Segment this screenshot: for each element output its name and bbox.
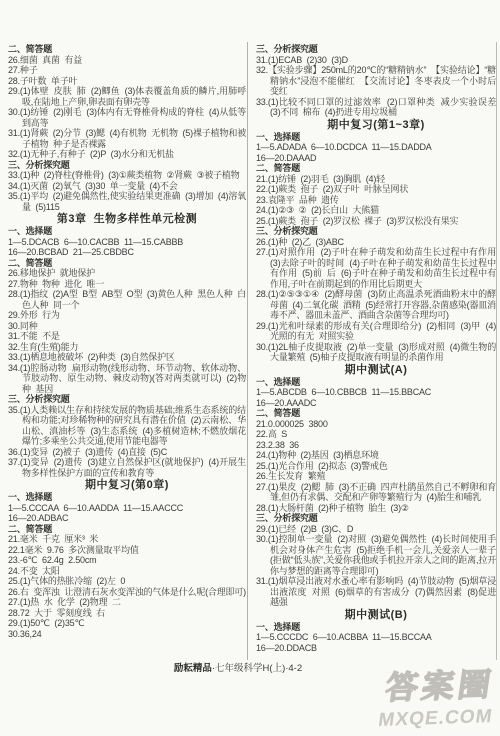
left-column: 二、简答题26.细菌 真菌 有益27.种子28.子叶数 单子叶29.(1)体壁 … [8,44,246,639]
answer-line: 29.(1)体壁 皮肤 肺 (2)鲫鱼 (3)体表覆盖角质的鳞片,用肺呼吸,在陆… [8,86,246,107]
answer-line: 16—20.DDACB [256,643,496,654]
answer-line: 30.同种 [8,321,246,332]
subsection-heading: 三、分析探究题 [256,226,496,237]
answer-line: 26.(1)种 (2)乙 (3)ABC [256,237,496,248]
answer-line: 32.生育(生殖)能力 [8,342,246,353]
answer-line: 35.(1)人类赖以生存和持续发展的物质基础;维系生态系统的结构和功能;对珍稀物… [8,405,246,447]
answer-line: 29.外形 行为 [8,310,246,321]
subsection-heading: 二、简答题 [8,524,246,535]
section-heading: 期中复习(第1~3章) [256,118,496,132]
answer-line: 28.(1)指纹 (2)A型 B型 AB型 O型 (3)黄色人种 黑色人种 白色… [8,289,246,310]
answer-line: 26.生长发育 繁殖 [256,471,496,482]
section-heading: 期中测试(A) [256,363,496,377]
answer-line: 1—5.CCCDC 6—10.ACBBA 11—15.BCCAA [256,632,496,643]
answer-line: 26.移地保护 就地保护 [8,268,246,279]
answer-line: 31.(1)ECAB (2)30 (3)D [256,55,496,66]
answer-line: 29.(1)50℃ (2)35℃ [8,618,246,629]
answer-line: 37.(1)变异 (2)遗传 (3)建立自然保护区(就地保护) (4)开展生物多… [8,457,246,478]
section-heading: 第3章 生物多样性单元检测 [8,212,246,226]
answer-line: 24.(1)②③ ② (2)长白山 大熊猫 [256,205,496,216]
answer-line: 30.(1)控制单一变量 (2)对照 (3)避免偶然性 (4)长时间使用手机会对… [256,534,496,576]
section-heading: 期中测试(B) [256,608,496,622]
subsection-heading: 三、分析探究题 [8,160,246,171]
answer-line: 16—20.BCBAD 21—25.CBDBC [8,247,246,258]
answer-line: 22.1毫米 9.76 多次测量取平均值 [8,545,246,556]
answer-line: 36.(1)变异 (2)被子 (3)遗传 (4)直接 (5)C [8,447,246,458]
subsection-heading: 二、简答题 [8,258,246,269]
page-edge-line [496,42,497,660]
answer-line: 22.高 S [256,429,496,440]
answer-line: 21.毫米 千克 厘米³ 米 [8,534,246,545]
answer-line: 30.(1)纺锤 (2)刚毛 (3)体内有无脊椎骨构成的脊柱 (4)从低等到高等 [8,107,246,128]
answer-line: 33.(1)比较不同口罩的过滤效率 (2)口罩种类 减少实验误差 (3)不同 棉… [256,97,496,118]
answer-line: 1—5.ABCDB 6—10.CBBCB 11—15.BBCAC [256,387,496,398]
answer-line: 23.袁隆平 品种 遗传 [256,195,496,206]
answer-line: 16—20.ADBAC [8,513,246,524]
answer-line: 29.(1)已经 (2)B (3)C、D [256,524,496,535]
answer-line: 27.种子 [8,65,246,76]
subsection-heading: 一、选择题 [256,377,496,388]
subsection-heading: 三、分析探究题 [256,44,496,55]
answer-line: 33.(1)栖息地被破坏 (2)种类 (3)自然保护区 [8,352,246,363]
subsection-heading: 一、选择题 [256,622,496,633]
answer-line: 23.2.38 36 [256,440,496,451]
answer-line: 31.不能 不是 [8,331,246,342]
subsection-heading: 三、分析探究题 [8,394,246,405]
answer-line: 31.(1)烟草浸出液对水蚤心率有影响吗 (4)节肢动物 (5)烟草浸出液浓度 … [256,576,496,608]
book-brand-label: 励耘精品 [174,663,212,674]
section-heading: 期中复习(第0章) [8,478,246,492]
answer-line: 27.(1)果皮 (2)鳃 肺 (3)不正确 四声杜鹃虽然自己不孵卵和育雏,但仍… [256,482,496,503]
answer-line: 27.物种 物种 进化 唯一 [8,279,246,290]
answer-line: 24.(1)物种 (2)基因 (3)栖息环境 [256,450,496,461]
answer-line: 16—20.AAADC [256,398,496,409]
answer-line: 27.(1)热 水 化学 (2)物理 二 [8,597,246,608]
answer-line: 25.(1)气体的热胀冷缩 (2)左 0 [8,576,246,587]
subsection-heading: 一、选择题 [256,132,496,143]
answer-line: 26.右 变浑浊 让澄清石灰水变浑浊的气体是什么呢(合理即可) [8,587,246,598]
answer-line: 22.(1)蕨类 孢子 (2)双子叶 叶脉呈网状 [256,184,496,195]
answer-line: 24.不变 太阳 [8,566,246,577]
answer-line: 25.(1)光合作用 (2)拟态 (3)警戒色 [256,461,496,472]
answer-line: 26.细菌 真菌 有益 [8,55,246,66]
subsection-heading: 二、简答题 [256,163,496,174]
column-divider-line [247,42,248,660]
book-title-label: ·七年级科学H(上)·4-2 [212,663,302,674]
answer-line: 33.(1)种 (2)脊柱(脊椎骨) (3)①蕨类植物 ②肾蕨 ③被子植物 [8,170,246,181]
answer-line: 34.(1)灭菌 (2)氧气 (3)30 单一变量 (4)不会 [8,181,246,192]
right-column: 三、分析探究题31.(1)ECAB (2)30 (3)D32.【实验步骤】250… [256,44,496,653]
answer-line: 28.(1)大肠杆菌 (2)种子植物 胎生 (3)② [256,503,496,514]
answer-line: 16—20.DAAAD [256,153,496,164]
answer-line: 34.(1)腔肠动物 扁形动物(线形动物、环节动物、软体动物、节肢动物、原生动物… [8,363,246,395]
subsection-heading: 二、简答题 [8,44,246,55]
answer-line: 30.(1)2L柚子皮提取液 (2)单一变量 (3)形成对照 (4)微生物的大量… [256,342,496,363]
answer-line: 30.36,24 [8,629,246,640]
answer-line: 28.72 大于 零刻度线 右 [8,608,246,619]
watermark-site-label: MXQE.COM [377,706,494,732]
answer-line: 28.子叶数 单子叶 [8,76,246,87]
answer-line: 25.(1)蕨类 孢子 (2)罗汉松 裸子 (3)罗汉松没有果实 [256,216,496,227]
answer-line: 32.【实验步骤】250mL的20℃的“糖精钠水” 【实验结论】“糖精钠水”浸泡… [256,65,496,97]
answer-line: 1—5.CCCAA 6—10.AADDA 11—15.AACCC [8,503,246,514]
answer-line: 31.(1)肾蕨 (2)分节 (3)鳃 (4)有机物 无机物 (5)裸子植物和被… [8,128,246,149]
answer-line: 1—5.ADADA 6—10.DCDCA 11—15.DADDA [256,142,496,153]
answer-line: 1—5.DCACB 6—10.CACBB 11—15.CABBB [8,237,246,248]
answer-line: 32.(1)无种子,有种子 (2)P (3)水分和无机盐 [8,149,246,160]
subsection-heading: 三、分析探究题 [256,513,496,524]
answer-line: 23.-6℃ 62.4g 2.50cm [8,555,246,566]
answer-line: 35.(1)平均 (2)避免偶然性,使实验结果更准确 (3)增加 (4)溶氧量 … [8,191,246,212]
answer-line: 29.(1)光和叶绿素的形成有关(合理即给分) (2)相同 (3)甲 (4)光照… [256,321,496,342]
subsection-heading: 一、选择题 [8,492,246,503]
subsection-heading: 二、简答题 [256,408,496,419]
answer-key-page: 二、简答题26.细菌 真菌 有益27.种子28.子叶数 单子叶29.(1)体壁 … [0,0,500,736]
answer-line: 21.(1)纺锤 (2)羽毛 (3)胸肌 (4)轻 [256,174,496,185]
answer-line: 27.(1)对照作用 (2)子叶在种子萌发和幼苗生长过程中有作用 (3)去除子叶… [256,247,496,289]
answer-line: 21.0.000025 3800 [256,419,496,430]
answer-line: 28.(1)②⑤③①④ (2)酵母菌 (3)防止高温杀死酒曲粉末中的酵母菌 (4… [256,289,496,321]
subsection-heading: 一、选择题 [8,226,246,237]
page-footer: 励耘精品·七年级科学H(上)·4-2 [0,660,476,674]
